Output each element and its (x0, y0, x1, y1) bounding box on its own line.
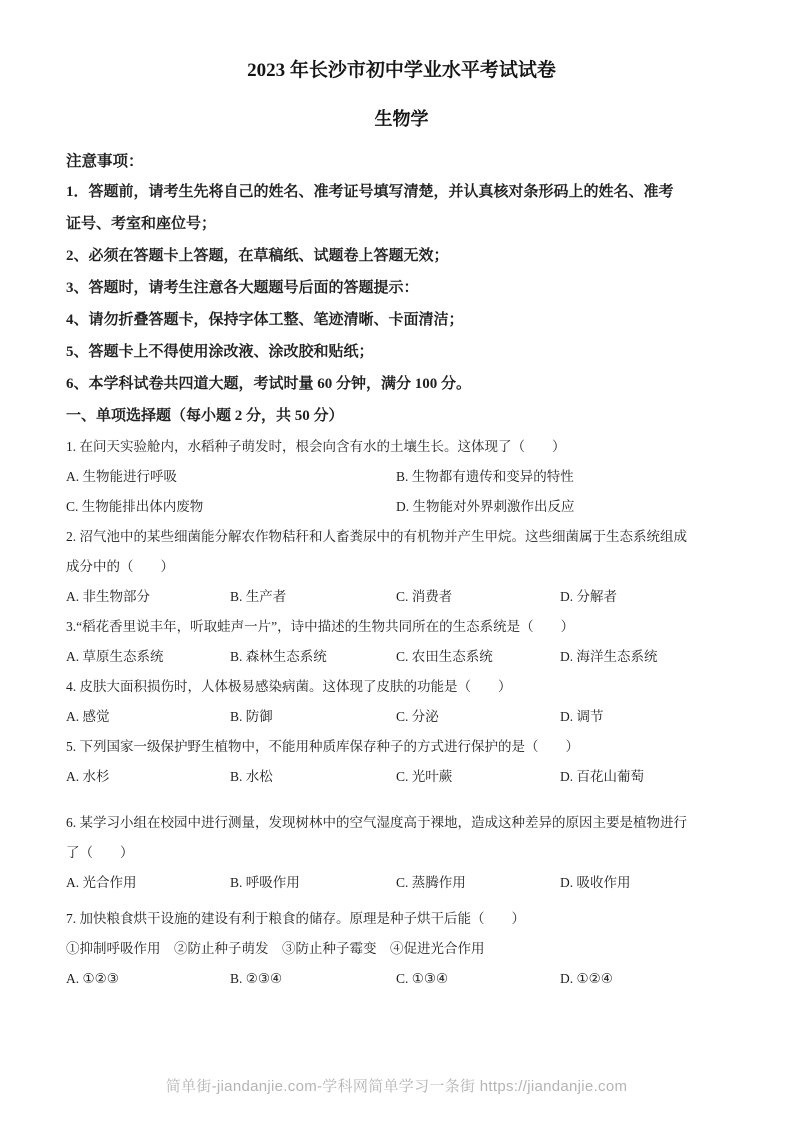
question-4: 4. 皮肤大面积损伤时，人体极易感染病菌。这体现了皮肤的功能是（ ） A. 感觉… (66, 672, 737, 732)
notice-heading: 注意事项： (66, 148, 737, 176)
question-stem: 4. 皮肤大面积损伤时，人体极易感染病菌。这体现了皮肤的功能是（ ） (66, 672, 737, 702)
option-b: B. 森林生态系统 (230, 642, 396, 672)
question-stem: 7. 加快粮食烘干设施的建设有利于粮食的储存。原理是种子烘干后能（ ） (66, 904, 737, 934)
paper-subject: 生物学 (66, 106, 737, 132)
exam-paper-page: 2023 年长沙市初中学业水平考试试卷 生物学 注意事项： 1．答题前，请考生先… (0, 0, 793, 1122)
option-d: D. 分解者 (560, 582, 737, 612)
option-a: A. 感觉 (66, 702, 230, 732)
question-2: 2. 沼气池中的某些细菌能分解农作物秸秆和人畜粪尿中的有机物并产生甲烷。这些细菌… (66, 522, 737, 612)
options-row: A. 生物能进行呼吸 B. 生物都有遗传和变异的特性 C. 生物能排出体内废物 … (66, 462, 737, 522)
options-row: A. ①②③ B. ②③④ C. ①③④ D. ①②④ (66, 964, 737, 994)
options-row: A. 光合作用 B. 呼吸作用 C. 蒸腾作用 D. 吸收作用 (66, 868, 737, 898)
option-b: B. 生物都有遗传和变异的特性 (396, 462, 737, 492)
question-stem: 5. 下列国家一级保护野生植物中，不能用种质库保存种子的方式进行保护的是（ ） (66, 732, 737, 762)
option-a: A. 草原生态系统 (66, 642, 230, 672)
notice-item-4: 4、请勿折叠答题卡，保持字体工整、笔迹清晰、卡面清洁； (66, 304, 737, 336)
option-a: A. 水杉 (66, 762, 230, 792)
notice-item-6: 6、本学科试卷共四道大题，考试时量 60 分钟，满分 100 分。 (66, 368, 737, 400)
option-d: D. 海洋生态系统 (560, 642, 737, 672)
question-3: 3.“稻花香里说丰年，听取蛙声一片”，诗中描述的生物共同所在的生态系统是（ ） … (66, 612, 737, 672)
option-b: B. 防御 (230, 702, 396, 732)
notice-item-5: 5、答题卡上不得使用涂改液、涂改胶和贴纸； (66, 336, 737, 368)
question-7: 7. 加快粮食烘干设施的建设有利于粮食的储存。原理是种子烘干后能（ ） ①抑制呼… (66, 904, 737, 994)
notice-item-3: 3、答题时，请考生注意各大题题号后面的答题提示： (66, 272, 737, 304)
option-c: C. ①③④ (396, 964, 560, 994)
question-stem: 6. 某学习小组在校园中进行测量，发现树林中的空气湿度高于裸地，造成这种差异的原… (66, 808, 737, 868)
section-heading: 一、单项选择题（每小题 2 分，共 50 分） (66, 400, 737, 432)
question-stem: 2. 沼气池中的某些细菌能分解农作物秸秆和人畜粪尿中的有机物并产生甲烷。这些细菌… (66, 522, 737, 582)
paper-title: 2023 年长沙市初中学业水平考试试卷 (66, 58, 737, 84)
option-d: D. 调节 (560, 702, 737, 732)
options-row: A. 感觉 B. 防御 C. 分泌 D. 调节 (66, 702, 737, 732)
option-a: A. 光合作用 (66, 868, 230, 898)
option-c: C. 蒸腾作用 (396, 868, 560, 898)
option-d: D. 百花山葡萄 (560, 762, 737, 792)
question-5: 5. 下列国家一级保护野生植物中，不能用种质库保存种子的方式进行保护的是（ ） … (66, 732, 737, 792)
question-numbered-choices: ①抑制呼吸作用 ②防止种子萌发 ③防止种子霉变 ④促进光合作用 (66, 934, 737, 964)
options-row: A. 水杉 B. 水松 C. 光叶蕨 D. 百花山葡萄 (66, 762, 737, 792)
option-c: C. 农田生态系统 (396, 642, 560, 672)
question-stem: 3.“稻花香里说丰年，听取蛙声一片”，诗中描述的生物共同所在的生态系统是（ ） (66, 612, 737, 642)
option-c: C. 消费者 (396, 582, 560, 612)
question-1: 1. 在问天实验舱内，水稻种子萌发时，根会向含有水的土壤生长。这体现了（ ） A… (66, 432, 737, 522)
notice-item-1: 1．答题前，请考生先将自己的姓名、准考证号填写清楚，并认真核对条形码上的姓名、准… (66, 176, 737, 240)
option-d: D. 生物能对外界刺激作出反应 (396, 492, 737, 522)
option-a: A. 生物能进行呼吸 (66, 462, 396, 492)
options-row: A. 草原生态系统 B. 森林生态系统 C. 农田生态系统 D. 海洋生态系统 (66, 642, 737, 672)
option-c: C. 分泌 (396, 702, 560, 732)
option-a: A. 非生物部分 (66, 582, 230, 612)
watermark-footer: 简单街-jiandanjie.com-学科网简单学习一条街 https://ji… (0, 1075, 793, 1096)
option-d: D. 吸收作用 (560, 868, 737, 898)
options-row: A. 非生物部分 B. 生产者 C. 消费者 D. 分解者 (66, 582, 737, 612)
option-c: C. 生物能排出体内废物 (66, 492, 396, 522)
option-b: B. 水松 (230, 762, 396, 792)
option-b: B. 呼吸作用 (230, 868, 396, 898)
option-b: B. ②③④ (230, 964, 396, 994)
option-c: C. 光叶蕨 (396, 762, 560, 792)
option-b: B. 生产者 (230, 582, 396, 612)
question-6: 6. 某学习小组在校园中进行测量，发现树林中的空气湿度高于裸地，造成这种差异的原… (66, 808, 737, 898)
option-d: D. ①②④ (560, 964, 737, 994)
option-a: A. ①②③ (66, 964, 230, 994)
notice-item-2: 2、必须在答题卡上答题，在草稿纸、试题卷上答题无效； (66, 240, 737, 272)
question-stem: 1. 在问天实验舱内，水稻种子萌发时，根会向含有水的土壤生长。这体现了（ ） (66, 432, 737, 462)
